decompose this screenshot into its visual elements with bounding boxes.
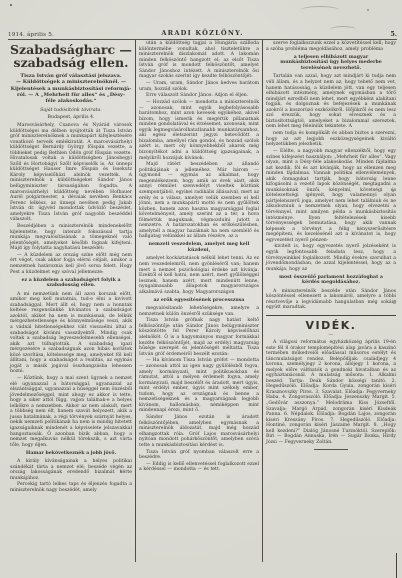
- body-paragraph: ez a küzdelem a szabadságért folyik a sz…: [16, 278, 126, 290]
- scan-speck: [394, 300, 396, 302]
- body-paragraph: Majd rátért beszédében az állandó politi…: [139, 162, 259, 240]
- scan-speck: [10, 4, 12, 6]
- body-paragraph: A világosi református egyházközség ápril…: [266, 340, 396, 445]
- article-headline-line2: szabadság ellen.: [10, 56, 132, 70]
- body-paragraph: A miniszterelnök beszéde után Sándor Ján…: [266, 289, 396, 311]
- section-divider-rule: [266, 315, 396, 316]
- subhead-line: — Küldöttségek a miniszterelnöknél. —: [10, 79, 132, 85]
- scan-speck: [367, 9, 369, 11]
- body-paragraph: — Hozzád szólok — mondotta a miniszterel…: [139, 100, 259, 161]
- scan-smudge: [330, 26, 356, 33]
- article-subheads: Tisza István gróf választási jelszava.— …: [10, 73, 132, 104]
- body-paragraph: — A küzdelem az ország színe előtt még n…: [10, 253, 132, 275]
- column-left: Szabadságharc — szabadság ellen. Tisza I…: [8, 40, 135, 562]
- body-paragraph: Tartalán van azzal, hogy azt mindjárt ki…: [266, 74, 396, 129]
- left-body: Marosvásárhely, Csanova és Nyárád városo…: [10, 123, 132, 494]
- body-paragraph: -kivitelt is, hogy egyvezetés nyerő jelz…: [266, 244, 396, 272]
- source-credit-line: Saját tudósítónk távirata.: [10, 108, 132, 113]
- scanned-content: 1914. április 5. ARADI KÖZLÖNY. 5. Szaba…: [0, 0, 402, 578]
- body-paragraph: Beszédjében a miniszterelnök mindenekelő…: [10, 224, 132, 252]
- body-paragraph: Marosvásárhely, Csanova és Nyárád városo…: [10, 123, 132, 223]
- body-paragraph: Hamar bekövetkeznék a jobb jövő.: [16, 451, 126, 457]
- column-right: szerve foglalkozzunk ezzel a közvetítéss…: [263, 40, 397, 562]
- body-paragraph: szerve foglalkozzunk ezzel a közvetítéss…: [266, 41, 396, 52]
- column-middle: után a küldöttség tagjai a Hungária szál…: [135, 40, 263, 562]
- section-heading-videk: VIDÉK.: [266, 319, 396, 332]
- body-paragraph: Tisza István gróf nyomban válaszolt erre…: [139, 450, 259, 461]
- body-paragraph: — Elélte, a nagyobb magyar ellenzéktől, …: [266, 149, 396, 243]
- scan-speck: [392, 190, 394, 192]
- body-paragraph: Percekig tartó lelkes taps és éljenzés f…: [10, 482, 132, 493]
- body-paragraph: — Köztünk, hogy a mai szent ügynek a nem…: [10, 376, 132, 448]
- body-paragraph: után a küldöttség tagjai a Hungária szál…: [139, 41, 259, 80]
- newspaper-page: 1914. április 5. ARADI KÖZLÖNY. 5. Szaba…: [0, 0, 402, 578]
- right-body: szerve foglalkozzunk ezzel a közvetítéss…: [266, 41, 396, 311]
- scan-smudge: [300, 6, 340, 15]
- dateline: Budapest, április 4.: [10, 115, 132, 120]
- body-paragraph: megvalósítandó lehetőségekre, amelyre a …: [139, 306, 259, 317]
- body-paragraph: Erre válaszolt Sándor János: Adjon el él…: [139, 93, 259, 99]
- body-paragraph: — Ha kívánom Tisza István grófot — mondo…: [139, 358, 259, 413]
- end-ornament-rule: [314, 449, 348, 450]
- body-paragraph: A király kívánságainak a helyes politika…: [10, 459, 132, 481]
- page-edge-line: [396, 553, 397, 578]
- subhead-line: féle alakoskodás.“: [10, 98, 132, 104]
- body-paragraph: amelyet kockáztatások nélkül lehet tenni…: [139, 256, 259, 295]
- body-paragraph: nemzeti veszedelem, amelyet meg kell küz…: [145, 242, 253, 254]
- scan-speck: [120, 470, 122, 472]
- body-paragraph: Tisza István grófnak nagy hatást keltő f…: [139, 318, 259, 357]
- body-paragraph: Sándor János ezután is áradott felköszön…: [139, 415, 259, 448]
- body-paragraph: — Eddig is kellő ellenvetéssel foglalkoz…: [139, 462, 259, 473]
- body-paragraph: nem tudja és komplikált és abban biztos …: [266, 131, 396, 148]
- body-paragraph: a teljesen elhibázott magyar munkásbizto…: [272, 55, 390, 72]
- body-paragraph: — Uram, uram, Sándor János kedves baráto…: [139, 81, 259, 92]
- middle-body: után a küldöttség tagjai a Hungária szál…: [139, 41, 259, 473]
- body-paragraph: most összeülő parlament hozzáfoghat a ké…: [272, 275, 390, 287]
- body-paragraph: A mi nemzetünk nem áll azon korszak előt…: [10, 292, 132, 375]
- section-body: A világosi református egyházközség ápril…: [266, 340, 396, 445]
- column-grid: Szabadságharc — szabadság ellen. Tisza I…: [8, 40, 397, 562]
- body-paragraph: az erők egyesítésének processzusa: [145, 298, 253, 304]
- subhead-line: Kijelentések a munkásbiztosítási reformj…: [10, 86, 132, 92]
- section-heading-ornament: —: [266, 333, 396, 337]
